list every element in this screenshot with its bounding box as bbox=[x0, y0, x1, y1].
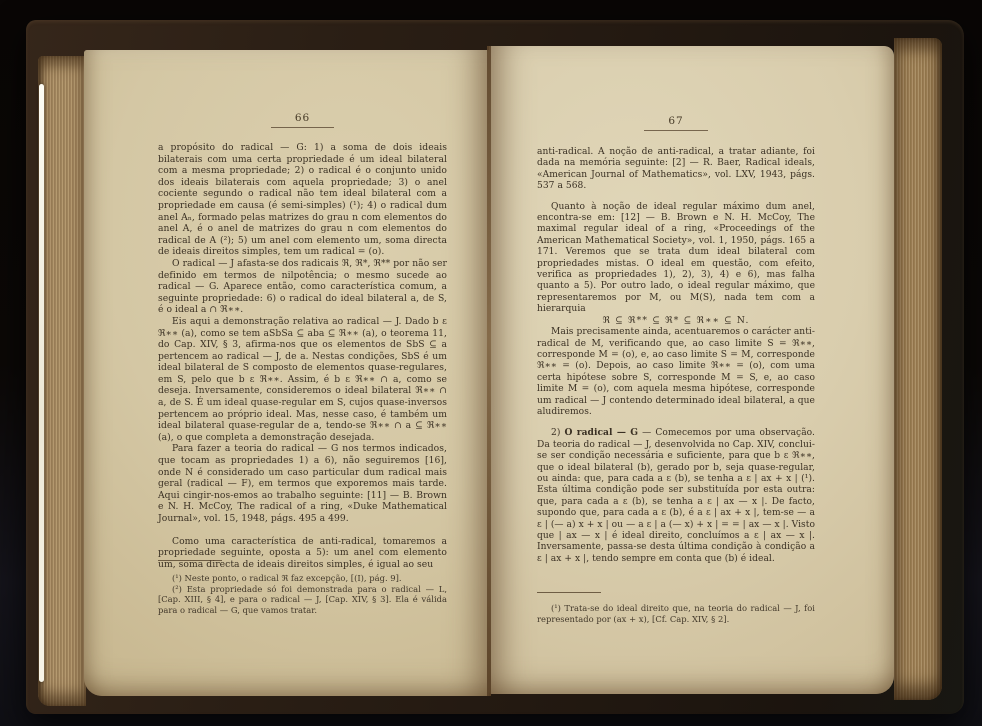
page-edges-left bbox=[38, 56, 86, 706]
paragraph-section-radical-g: 2) O radical — G — Comecemos por uma obs… bbox=[537, 427, 815, 565]
page-number-left: 66 bbox=[271, 112, 334, 128]
page-edges-right bbox=[894, 38, 942, 700]
footnote-1-left: (¹) Neste ponto, o radical ℜ faz excepçã… bbox=[158, 573, 447, 584]
footnote-2-left: (²) Esta propriedade só foi demonstrada … bbox=[158, 584, 447, 616]
section-body-text: — Comecemos por uma observação. Da teori… bbox=[537, 428, 815, 563]
paragraph-quanto: Quanto à noção de ideal regular máximo d… bbox=[537, 202, 815, 316]
paragraph-anti-radical: anti-radical. A noção de anti-radical, a… bbox=[537, 147, 815, 193]
page-header-left: 66 bbox=[158, 112, 447, 128]
text-column-right: anti-radical. A noção de anti-radical, a… bbox=[537, 147, 815, 565]
paragraph-demonstration: Eis aqui a demonstração relativa ao radi… bbox=[158, 316, 447, 444]
footnotes-right: (¹) Trata-se do ideal direito que, na te… bbox=[537, 592, 815, 624]
page-header-right: 67 bbox=[537, 115, 815, 131]
paragraph-radical-j: O radical — J afasta-se dos radicais ℜ, … bbox=[158, 258, 447, 316]
footnote-1-right: (¹) Trata-se do ideal direito que, na te… bbox=[537, 603, 815, 624]
photo-background: 66 67 a propósito do radical — G: 1) a s… bbox=[0, 0, 982, 726]
footnote-separator bbox=[158, 560, 222, 561]
bookmark-ribbon bbox=[39, 84, 44, 682]
book-gutter bbox=[487, 46, 491, 696]
radical-hierarchy-formula: ℜ ⊆ ℜ** ⊆ ℜ* ⊆ ℜ∗∗ ⊆ N. bbox=[537, 316, 815, 327]
text-column-left: a propósito do radical — G: 1) a soma de… bbox=[158, 142, 447, 570]
section-number: 2) bbox=[551, 428, 560, 438]
paragraph-mais-precisamente: Mais precisamente ainda, acentuaremos o … bbox=[537, 327, 815, 418]
section-heading: O radical — G bbox=[564, 427, 638, 438]
paragraph-para-fazer: Para fazer a teoria do radical — G nos t… bbox=[158, 443, 447, 524]
footnotes-left: (¹) Neste ponto, o radical ℜ faz excepçã… bbox=[158, 560, 447, 615]
page-number-right: 67 bbox=[644, 115, 707, 131]
paragraph-properties-list: a propósito do radical — G: 1) a soma de… bbox=[158, 142, 447, 258]
footnote-separator bbox=[537, 592, 601, 593]
